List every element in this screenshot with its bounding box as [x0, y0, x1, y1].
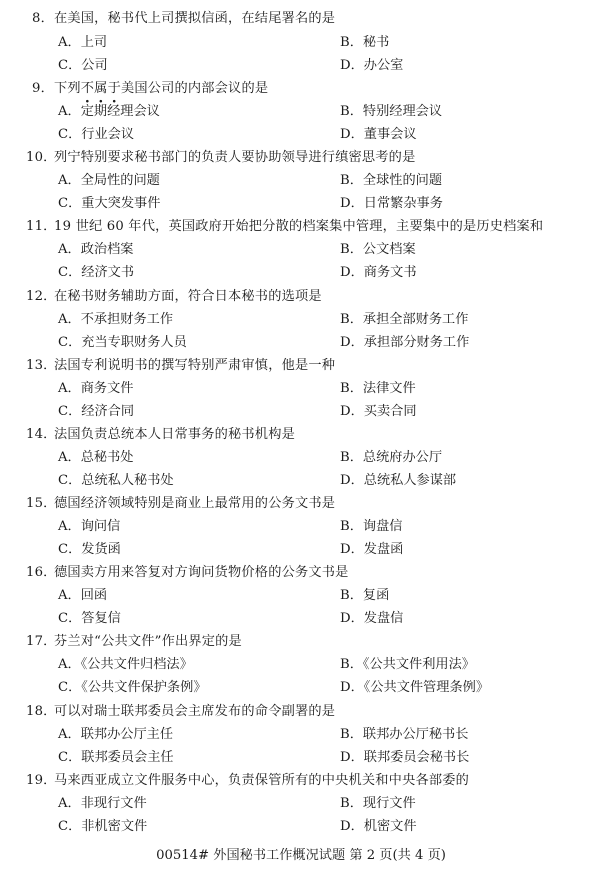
question-stem: 10．列宁特别要求秘书部门的负责人要协助领导进行缜密思考的是 — [26, 147, 415, 169]
option-c: C．经济合同 — [58, 401, 134, 423]
option-a: A．回函 — [58, 585, 107, 607]
question-stem: 12．在秘书财务辅助方面，符合日本秘书的选项是 — [26, 286, 322, 308]
option-d: D．商务文书 — [340, 262, 417, 284]
option-b: B．询盘信 — [340, 516, 402, 538]
option-d: D．机密文件 — [340, 816, 417, 838]
option-d: D．办公室 — [340, 55, 403, 77]
question-number: 13． — [26, 355, 54, 377]
question-stem: 11．19 世纪 60 年代，英国政府开始把分散的档案集中管理，主要集中的是历史… — [26, 216, 543, 238]
option-c: C．充当专职财务人员 — [58, 332, 187, 354]
question-text-post: 美国公司的内部会议的是 — [121, 81, 268, 96]
emphasis-char: 属 — [94, 81, 107, 96]
option-d: D．《公共文件管理条例》 — [340, 677, 489, 699]
question-text: 马来西亚成立文件服务中心，负责保管所有的中央机关和中央各部委的 — [54, 773, 469, 788]
option-d: D．买卖合同 — [340, 401, 417, 423]
option-c: C．总统私人秘书处 — [58, 470, 174, 492]
emphasis-char: 于 — [108, 81, 121, 96]
question-number: 10． — [26, 147, 54, 169]
question-number: 16． — [26, 562, 54, 584]
option-d: D．发盘函 — [340, 539, 403, 561]
option-b: B．公文档案 — [340, 239, 416, 261]
option-c: C．联邦委员会主任 — [58, 747, 174, 769]
option-c: C．重大突发事件 — [58, 193, 160, 215]
option-a: A．商务文件 — [58, 378, 133, 400]
option-d: D．联邦委员会秘书长 — [340, 747, 469, 769]
option-d: D．发盘信 — [340, 608, 403, 630]
question-text: 在美国，秘书代上司撰拟信函，在结尾署名的是 — [54, 11, 335, 26]
option-a: A．不承担财务工作 — [58, 309, 173, 331]
exam-page: 8．在美国，秘书代上司撰拟信函，在结尾署名的是 A．上司 B．秘书 C．公司 D… — [0, 0, 602, 894]
option-b: B．《公共文件利用法》 — [340, 654, 475, 676]
question-number: 9． — [30, 78, 54, 100]
option-d: D．日常繁杂事务 — [340, 193, 443, 215]
question-text: 德国卖方用来答复对方询问货物价格的公务文书是 — [54, 565, 349, 580]
option-a: A．上司 — [58, 32, 107, 54]
option-a: A．政治档案 — [58, 239, 133, 261]
option-b: B．秘书 — [340, 32, 389, 54]
question-stem: 17．芬兰对“公共文件”作出界定的是 — [26, 631, 242, 653]
option-b: B．法律文件 — [340, 378, 416, 400]
question-number: 15． — [26, 493, 54, 515]
question-number: 12． — [26, 286, 54, 308]
option-b: B．全球性的问题 — [340, 170, 442, 192]
question-text: 可以对瑞士联邦委员会主席发布的命令副署的是 — [54, 704, 335, 719]
question-stem: 18．可以对瑞士联邦委员会主席发布的命令副署的是 — [26, 701, 335, 723]
question-stem: 9．下列不属于美国公司的内部会议的是 — [30, 78, 268, 100]
question-text: 列宁特别要求秘书部门的负责人要协助领导进行缜密思考的是 — [54, 150, 415, 165]
question-text: 在秘书财务辅助方面，符合日本秘书的选项是 — [54, 289, 322, 304]
option-a: A．联邦办公厅主任 — [58, 724, 173, 746]
option-b: B．特别经理会议 — [340, 101, 442, 123]
question-number: 19． — [26, 770, 54, 792]
question-text: 芬兰对“公共文件”作出界定的是 — [54, 634, 242, 649]
option-a: A．非现行文件 — [58, 793, 147, 815]
option-c: C．答复信 — [58, 608, 121, 630]
option-c: C．经济文书 — [58, 262, 134, 284]
option-b: B．总统府办公厅 — [340, 447, 442, 469]
option-b: B．现行文件 — [340, 793, 416, 815]
option-a: A．全局性的问题 — [58, 170, 160, 192]
question-text: 19 世纪 60 年代，英国政府开始把分散的档案集中管理，主要集中的是历史档案和 — [54, 219, 543, 234]
option-a: A．询问信 — [58, 516, 120, 538]
question-stem: 15．德国经济领域特别是商业上最常用的公务文书是 — [26, 493, 335, 515]
emphasis-char: 不 — [81, 81, 94, 96]
question-stem: 14．法国负责总统本人日常事务的秘书机构是 — [26, 424, 295, 446]
option-d: D．承担部分财务工作 — [340, 332, 469, 354]
question-text: 德国经济领域特别是商业上最常用的公务文书是 — [54, 496, 335, 511]
option-b: B．承担全部财务工作 — [340, 309, 468, 331]
page-footer: 00514# 外国秘书工作概况试题 第 2 页(共 4 页) — [0, 845, 602, 867]
option-b: B．联邦办公厅秘书长 — [340, 724, 468, 746]
question-text: 法国专利说明书的撰写特别严肃审慎，他是一种 — [54, 358, 335, 373]
question-number: 11． — [26, 216, 54, 238]
option-a: A．定期经理会议 — [58, 101, 160, 123]
option-a: A．总秘书处 — [58, 447, 133, 469]
question-stem: 16．德国卖方用来答复对方询问货物价格的公务文书是 — [26, 562, 349, 584]
question-number: 17． — [26, 631, 54, 653]
question-number: 14． — [26, 424, 54, 446]
option-b: B．复函 — [340, 585, 389, 607]
option-c: C．《公共文件保护条例》 — [58, 677, 207, 699]
question-number: 8． — [30, 8, 54, 30]
option-c: C．发货函 — [58, 539, 121, 561]
option-d: D．董事会议 — [340, 124, 417, 146]
question-number: 18． — [26, 701, 54, 723]
question-stem: 19．马来西亚成立文件服务中心，负责保管所有的中央机关和中央各部委的 — [26, 770, 469, 792]
option-c: C．行业会议 — [58, 124, 134, 146]
option-a: A．《公共文件归档法》 — [58, 654, 193, 676]
question-text-pre: 下列 — [54, 81, 81, 96]
question-stem: 8．在美国，秘书代上司撰拟信函，在结尾署名的是 — [30, 8, 335, 30]
question-stem: 13．法国专利说明书的撰写特别严肃审慎，他是一种 — [26, 355, 335, 377]
question-text: 法国负责总统本人日常事务的秘书机构是 — [54, 427, 295, 442]
option-d: D．总统私人参谋部 — [340, 470, 456, 492]
option-c: C．非机密文件 — [58, 816, 147, 838]
option-c: C．公司 — [58, 55, 108, 77]
